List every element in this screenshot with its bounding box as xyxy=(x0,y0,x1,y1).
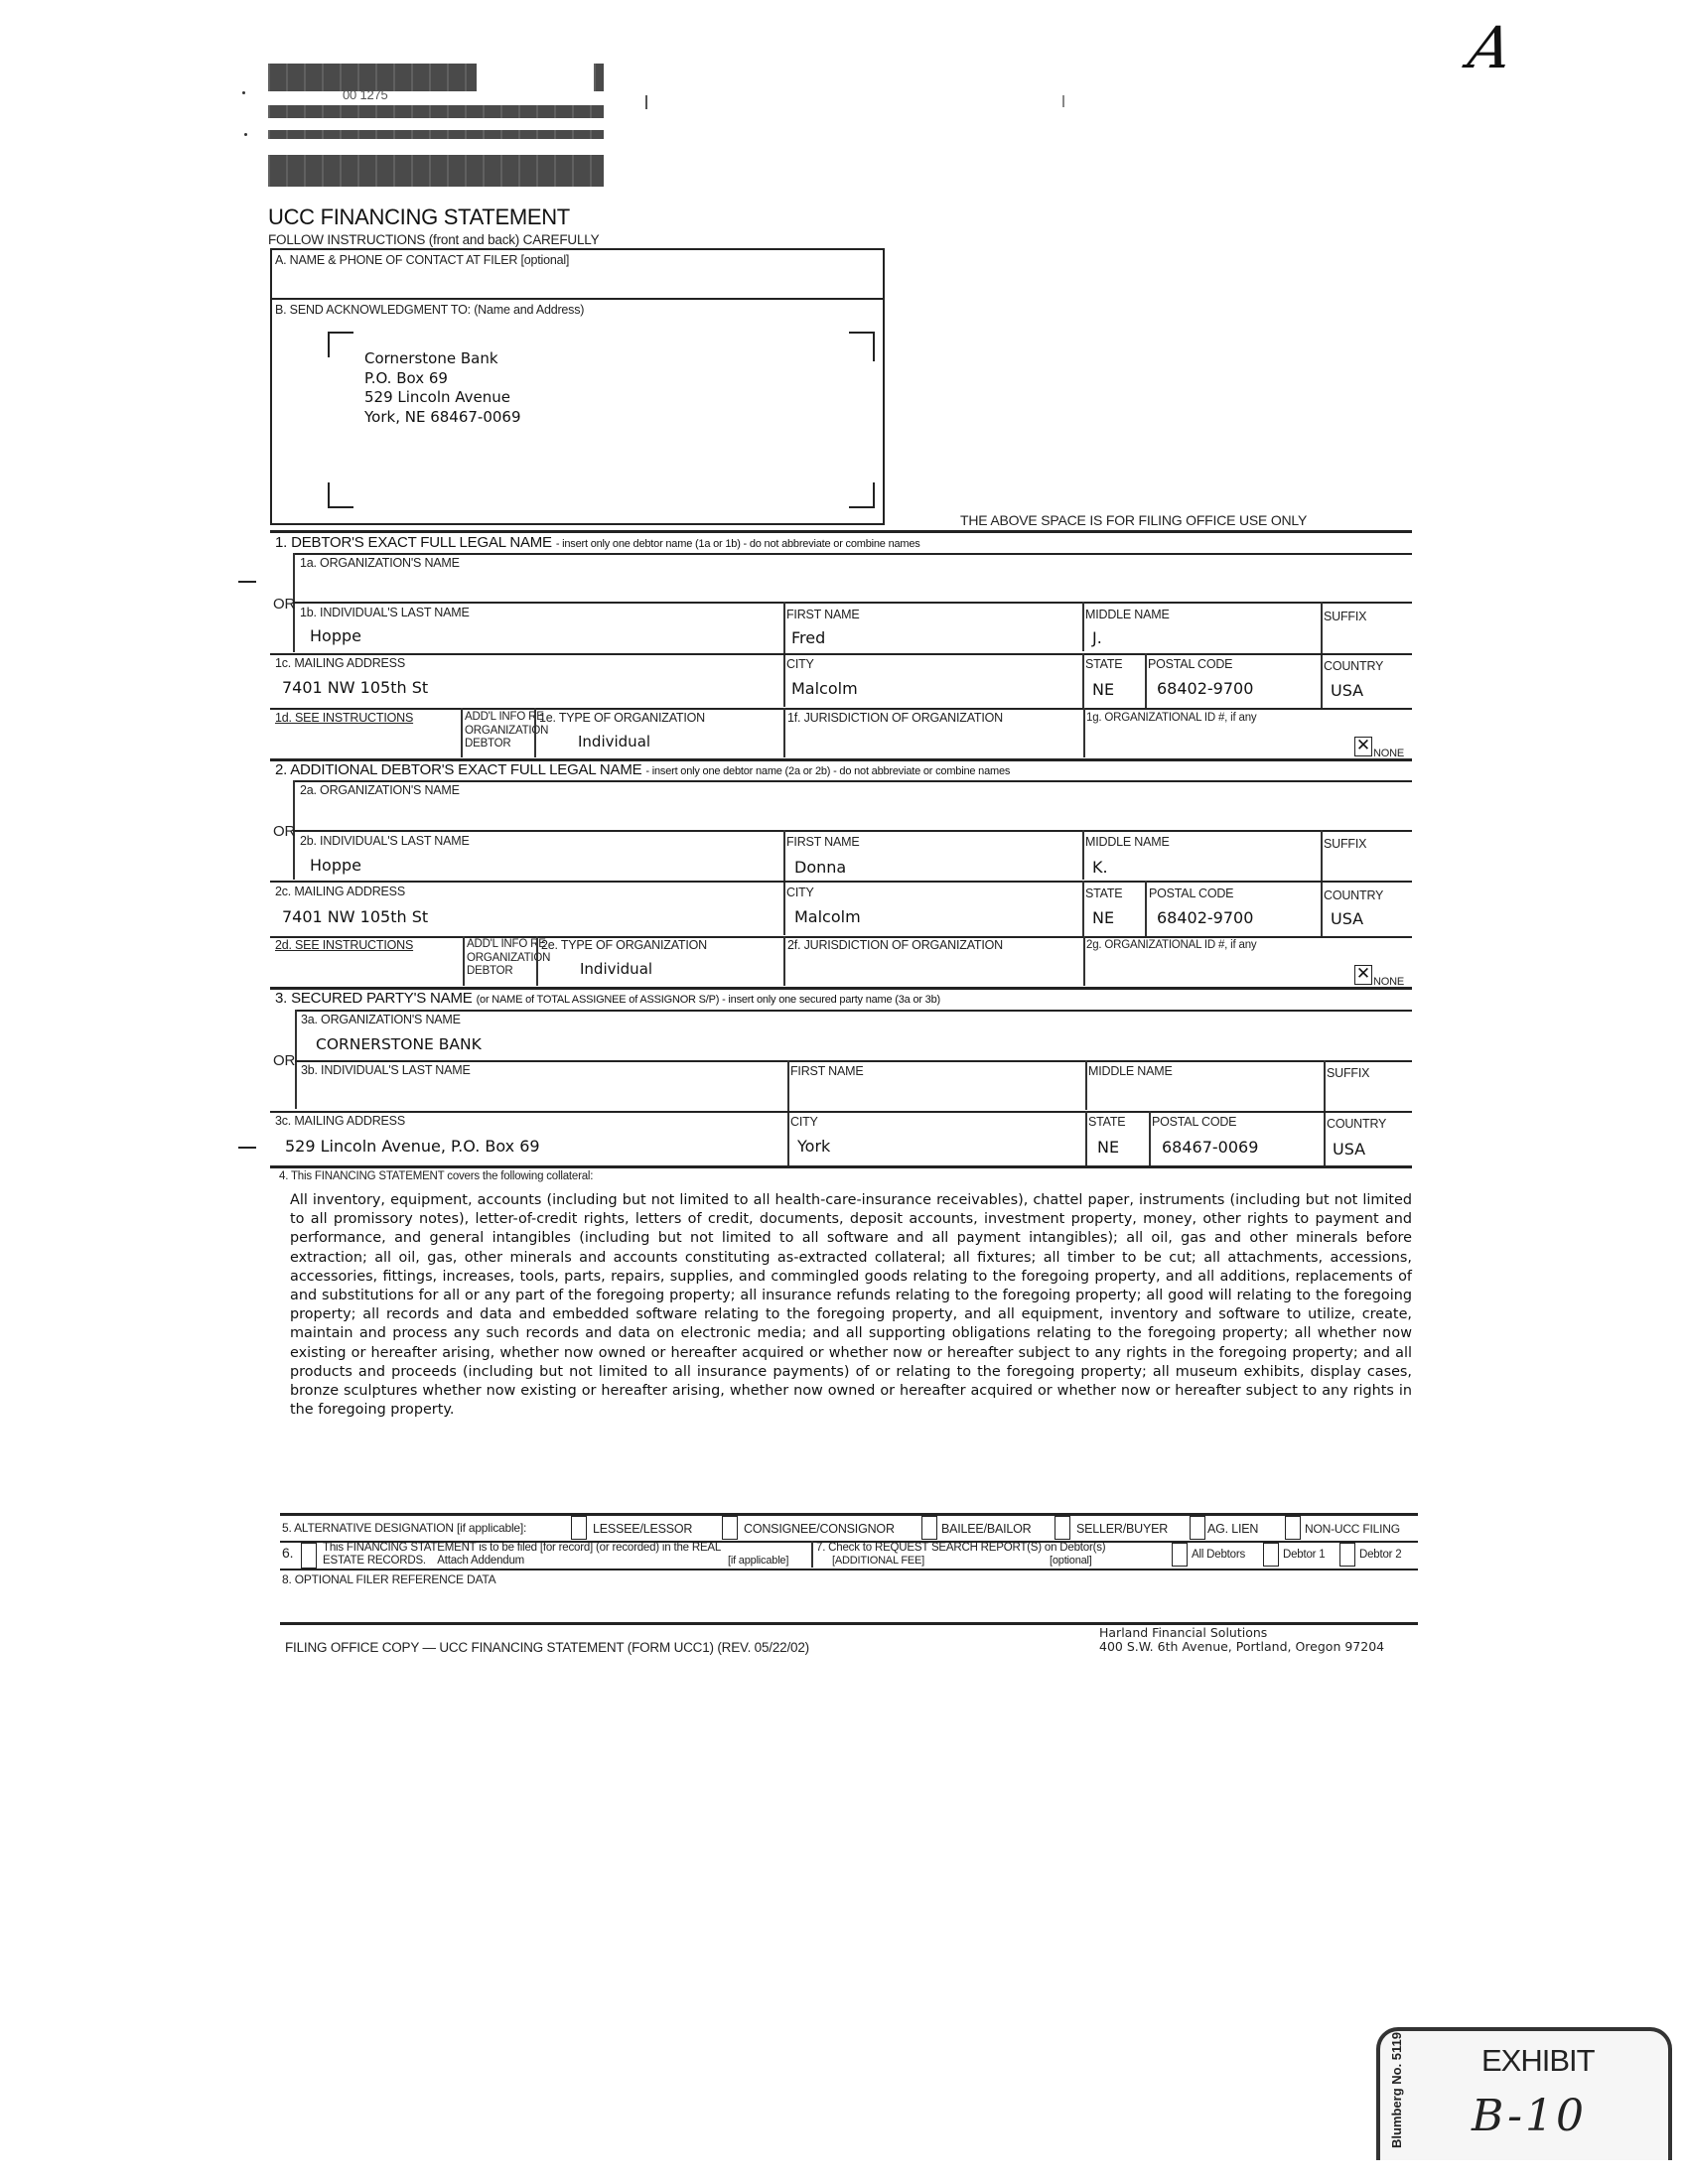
secured-party-org-name-label: 3a. ORGANIZATION'S NAME xyxy=(301,1013,461,1026)
search-report-line1: 7. Check to REQUEST SEARCH REPORT(S) on … xyxy=(816,1542,1105,1554)
secured-party-city-label: CITY xyxy=(790,1115,818,1129)
secured-party-postal-label: POSTAL CODE xyxy=(1152,1115,1236,1129)
secured-party-country-label: COUNTRY xyxy=(1327,1117,1386,1131)
filing-office-note: THE ABOVE SPACE IS FOR FILING OFFICE USE… xyxy=(960,512,1307,528)
address-corner-mark xyxy=(328,482,353,508)
publisher-name: Harland Financial Solutions xyxy=(1099,1626,1384,1640)
search-report-line2: [ADDITIONAL FEE] xyxy=(832,1555,924,1567)
form-title: UCC FINANCING STATEMENT xyxy=(268,205,570,230)
debtor1-country-label: COUNTRY xyxy=(1324,659,1383,673)
filer-reference-label: 8. OPTIONAL FILER REFERENCE DATA xyxy=(282,1572,495,1586)
secured-party-middle-name-label: MIDDLE NAME xyxy=(1088,1064,1173,1078)
address-line: York, NE 68467-0069 xyxy=(364,408,521,428)
debtor2-jurisdiction-field[interactable] xyxy=(791,960,1069,978)
divider xyxy=(1085,1060,1087,1110)
divider xyxy=(1321,830,1323,937)
divider xyxy=(1145,653,1147,709)
divider xyxy=(270,298,883,300)
alt-designation-checkbox-ag-lien[interactable] xyxy=(1190,1516,1205,1540)
secured-party-postal-field[interactable]: 68467-0069 xyxy=(1162,1138,1258,1157)
secured-party-suffix-label: SUFFIX xyxy=(1327,1066,1369,1080)
debtor1-see-instructions-link[interactable]: 1d. SEE INSTRUCTIONS xyxy=(275,711,413,725)
collateral-description: All inventory, equipment, accounts (incl… xyxy=(290,1191,1412,1420)
divider xyxy=(1082,653,1084,709)
search-report-option: Debtor 1 xyxy=(1283,1549,1326,1561)
debtor1-city-field[interactable]: Malcolm xyxy=(791,679,858,698)
divider xyxy=(295,1010,1412,1012)
address-line: Cornerstone Bank xyxy=(364,349,521,369)
divider xyxy=(783,708,785,757)
divider xyxy=(270,881,1412,883)
search-report-option: Debtor 2 xyxy=(1359,1549,1402,1561)
debtor2-heading-note: - insert only one debtor name (2a or 2b)… xyxy=(645,765,1010,777)
addl-info-line: DEBTOR xyxy=(467,965,550,979)
collateral-label: 4. This FINANCING STATEMENT covers the f… xyxy=(279,1170,593,1182)
exhibit-sticker: Blumberg No. 5119 EXHIBIT B-10 xyxy=(1376,2027,1672,2160)
alt-designation-checkbox-seller-buyer[interactable] xyxy=(1055,1516,1070,1540)
divider xyxy=(1082,602,1084,651)
debtor1-org-id-none-checkbox[interactable]: ✕ xyxy=(1354,737,1372,756)
section-b-label: B. SEND ACKNOWLEDGMENT TO: (Name and Add… xyxy=(275,303,584,317)
debtor2-state-label: STATE xyxy=(1085,887,1122,900)
debtor2-state-field[interactable]: NE xyxy=(1092,908,1114,927)
divider xyxy=(536,936,538,986)
redacted-header-bar xyxy=(268,155,604,187)
alt-designation-option: AG. LIEN xyxy=(1207,1522,1258,1536)
debtor1-city-label: CITY xyxy=(786,657,814,671)
secured-party-country-field[interactable]: USA xyxy=(1333,1140,1365,1159)
address-corner-mark xyxy=(328,332,353,357)
debtor2-first-name-label: FIRST NAME xyxy=(786,835,859,849)
alt-designation-checkbox-lessee-lessor[interactable] xyxy=(571,1516,587,1540)
debtor2-city-label: CITY xyxy=(786,886,814,899)
divider xyxy=(1083,708,1085,757)
divider xyxy=(1083,936,1085,986)
debtor2-or-label: OR xyxy=(273,823,295,840)
debtor1-postal-label: POSTAL CODE xyxy=(1148,657,1232,671)
debtor2-org-id-label: 2g. ORGANIZATIONAL ID #, if any xyxy=(1086,939,1256,951)
alt-designation-checkbox-non-ucc-filing[interactable] xyxy=(1285,1516,1301,1540)
addl-info-line: DEBTOR xyxy=(465,738,548,751)
divider xyxy=(295,1010,297,1109)
divider xyxy=(1085,1111,1087,1166)
acknowledgment-address: Cornerstone Bank P.O. Box 69 529 Lincoln… xyxy=(364,349,521,427)
divider xyxy=(270,653,1412,655)
secured-party-last-name-label: 3b. INDIVIDUAL'S LAST NAME xyxy=(301,1063,471,1077)
debtor1-heading: 1. DEBTOR'S EXACT FULL LEGAL NAME - inse… xyxy=(275,534,920,551)
divider xyxy=(1321,602,1323,709)
alt-designation-checkbox-bailee-bailor[interactable] xyxy=(921,1516,937,1540)
scan-speck xyxy=(1062,95,1064,107)
alt-designation-option: BAILEE/BAILOR xyxy=(941,1522,1032,1536)
debtor2-middle-name-label: MIDDLE NAME xyxy=(1085,835,1170,849)
address-line: P.O. Box 69 xyxy=(364,369,521,389)
debtor1-postal-field[interactable]: 68402-9700 xyxy=(1157,679,1253,698)
search-report-checkbox-debtor-1[interactable] xyxy=(1263,1543,1279,1567)
debtor1-or-label: OR xyxy=(273,596,295,613)
debtor1-middle-name-field[interactable]: J. xyxy=(1092,628,1102,647)
debtor2-org-name-field[interactable] xyxy=(310,801,1402,821)
debtor2-suffix-label: SUFFIX xyxy=(1324,837,1366,851)
debtor1-last-name-label: 1b. INDIVIDUAL'S LAST NAME xyxy=(300,606,470,619)
alt-designation-option: NON-UCC FILING xyxy=(1305,1522,1400,1536)
scan-speck xyxy=(244,133,247,136)
alt-designation-option: CONSIGNEE/CONSIGNOR xyxy=(744,1522,895,1536)
debtor2-heading: 2. ADDITIONAL DEBTOR'S EXACT FULL LEGAL … xyxy=(275,761,1010,778)
debtor2-last-name-field[interactable]: Hoppe xyxy=(310,856,361,875)
debtor2-org-name-label: 2a. ORGANIZATION'S NAME xyxy=(300,783,460,797)
debtor1-suffix-label: SUFFIX xyxy=(1324,610,1366,623)
divider xyxy=(1082,830,1084,880)
divider xyxy=(461,708,463,757)
real-estate-checkbox[interactable] xyxy=(301,1543,317,1569)
debtor1-suffix-field[interactable] xyxy=(1327,628,1406,646)
debtor2-mailing-address-label: 2c. MAILING ADDRESS xyxy=(275,885,405,898)
search-report-option: All Debtors xyxy=(1192,1549,1245,1561)
divider xyxy=(270,708,1412,710)
debtor2-jurisdiction-label: 2f. JURISDICTION OF ORGANIZATION xyxy=(787,938,1003,952)
debtor2-heading-text: 2. ADDITIONAL DEBTOR'S EXACT FULL LEGAL … xyxy=(275,761,641,778)
address-line: 529 Lincoln Avenue xyxy=(364,388,521,408)
debtor1-country-field[interactable]: USA xyxy=(1331,681,1363,700)
search-report-optional: [optional] xyxy=(1050,1555,1092,1567)
secured-party-state-field[interactable]: NE xyxy=(1097,1138,1119,1157)
debtor2-postal-field[interactable]: 68402-9700 xyxy=(1157,908,1253,927)
search-report-checkbox-all-debtors[interactable] xyxy=(1172,1543,1188,1567)
margin-mark xyxy=(238,1147,256,1149)
debtor2-middle-name-field[interactable]: K. xyxy=(1092,858,1108,877)
addl-info-line: ADD'L INFO RE xyxy=(465,711,548,725)
debtor1-heading-note: - insert only one debtor name (1a or 1b)… xyxy=(556,538,920,550)
exhibit-vendor: Blumberg No. 5119 xyxy=(1389,2032,1404,2148)
debtor1-state-label: STATE xyxy=(1085,657,1122,671)
secured-party-city-field[interactable]: York xyxy=(797,1137,830,1156)
scan-speck xyxy=(242,91,245,94)
secured-party-or-label: OR xyxy=(273,1052,295,1069)
secured-party-heading-note: (or NAME of TOTAL ASSIGNEE of ASSIGNOR S… xyxy=(477,994,940,1006)
debtor2-country-label: COUNTRY xyxy=(1324,888,1383,902)
debtor1-first-name-label: FIRST NAME xyxy=(786,608,859,621)
redacted-header-bar xyxy=(594,64,604,91)
secured-party-first-name-field[interactable] xyxy=(794,1084,1072,1102)
real-estate-number: 6. xyxy=(282,1545,293,1561)
footer-copy-label: FILING OFFICE COPY — UCC FINANCING STATE… xyxy=(285,1640,809,1655)
debtor1-jurisdiction-field[interactable] xyxy=(791,733,1069,751)
divider xyxy=(293,553,1412,555)
redacted-header-bar xyxy=(268,105,604,118)
debtor1-jurisdiction-label: 1f. JURISDICTION OF ORGANIZATION xyxy=(787,711,1003,725)
debtor2-suffix-field[interactable] xyxy=(1327,858,1406,876)
search-report-checkbox-debtor-2[interactable] xyxy=(1339,1543,1355,1567)
alt-designation-option: LESSEE/LESSOR xyxy=(593,1522,692,1536)
divider xyxy=(783,830,785,935)
filer-reference-field[interactable] xyxy=(288,1590,1400,1618)
alt-designation-option: SELLER/BUYER xyxy=(1076,1522,1168,1536)
secured-party-first-name-label: FIRST NAME xyxy=(790,1064,863,1078)
real-estate-line1: This FINANCING STATEMENT is to be filed … xyxy=(323,1542,721,1554)
address-corner-mark xyxy=(849,482,875,508)
divider xyxy=(1324,1060,1326,1167)
secured-party-heading-text: 3. SECURED PARTY'S NAME xyxy=(275,990,473,1007)
divider xyxy=(463,936,465,986)
debtor1-middle-name-label: MIDDLE NAME xyxy=(1085,608,1170,621)
debtor1-mailing-address-field[interactable]: 7401 NW 105th St xyxy=(282,678,428,697)
divider xyxy=(295,1060,1412,1062)
debtor1-org-type-label: 1e. TYPE OF ORGANIZATION xyxy=(539,711,705,725)
divider xyxy=(1145,881,1147,936)
debtor2-postal-label: POSTAL CODE xyxy=(1149,887,1233,900)
redacted-header-bar xyxy=(268,130,604,139)
debtor1-org-name-label: 1a. ORGANIZATION'S NAME xyxy=(300,556,460,570)
divider xyxy=(270,530,1412,533)
divider xyxy=(787,1060,789,1165)
debtor2-first-name-field[interactable]: Donna xyxy=(794,858,846,877)
debtor1-mailing-address-label: 1c. MAILING ADDRESS xyxy=(275,656,405,670)
debtor2-org-type-field[interactable]: Individual xyxy=(580,960,652,978)
secured-party-suffix-field[interactable] xyxy=(1329,1086,1408,1104)
real-estate-line2: ESTATE RECORDS. Attach Addendum xyxy=(323,1555,524,1567)
debtor2-org-type-label: 2e. TYPE OF ORGANIZATION xyxy=(541,938,707,952)
divider xyxy=(1082,881,1084,936)
debtor1-first-name-field[interactable]: Fred xyxy=(791,628,825,647)
secured-party-heading: 3. SECURED PARTY'S NAME (or NAME of TOTA… xyxy=(275,990,940,1007)
divider xyxy=(280,1569,1418,1570)
debtor1-state-field[interactable]: NE xyxy=(1092,680,1114,699)
debtor2-org-id-none-checkbox[interactable]: ✕ xyxy=(1354,965,1372,985)
publisher-address: 400 S.W. 6th Avenue, Portland, Oregon 97… xyxy=(1099,1640,1384,1654)
scan-speck xyxy=(645,95,647,109)
divider xyxy=(270,1165,1412,1168)
addl-info-line: ADD'L INFO RE xyxy=(467,938,550,952)
section-a-label: A. NAME & PHONE OF CONTACT AT FILER [opt… xyxy=(275,253,569,267)
secured-party-middle-name-field[interactable] xyxy=(1092,1084,1311,1102)
exhibit-number: B-10 xyxy=(1472,2091,1587,2141)
secured-party-mailing-address-label: 3c. MAILING ADDRESS xyxy=(275,1114,405,1128)
debtor2-addl-info-label: ADD'L INFO RE ORGANIZATION DEBTOR xyxy=(467,938,550,979)
divider xyxy=(270,1111,1412,1113)
redacted-header-fragment: 00 1275 xyxy=(343,87,388,102)
divider xyxy=(293,830,1412,832)
debtor1-heading-text: 1. DEBTOR'S EXACT FULL LEGAL NAME xyxy=(275,534,552,551)
address-corner-mark xyxy=(849,332,875,361)
divider xyxy=(280,1513,1418,1516)
secured-party-state-label: STATE xyxy=(1088,1115,1125,1129)
secured-party-org-name-field[interactable]: CORNERSTONE BANK xyxy=(316,1035,482,1053)
debtor1-org-id-label: 1g. ORGANIZATIONAL ID #, if any xyxy=(1086,712,1256,724)
alt-designation-label: 5. ALTERNATIVE DESIGNATION [if applicabl… xyxy=(282,1521,526,1535)
addl-info-line: ORGANIZATION xyxy=(465,725,548,739)
alt-designation-checkbox-consignee-consignor[interactable] xyxy=(722,1516,738,1540)
debtor1-addl-info-label: ADD'L INFO RE ORGANIZATION DEBTOR xyxy=(465,711,548,751)
exhibit-title: EXHIBIT xyxy=(1481,2043,1595,2079)
divider xyxy=(811,1541,813,1568)
divider xyxy=(783,936,785,986)
debtor2-mailing-address-field[interactable]: 7401 NW 105th St xyxy=(282,907,428,926)
debtor2-see-instructions-link[interactable]: 2d. SEE INSTRUCTIONS xyxy=(275,938,413,952)
form-subtitle: FOLLOW INSTRUCTIONS (front and back) CAR… xyxy=(268,232,599,247)
addl-info-line: ORGANIZATION xyxy=(467,952,550,966)
real-estate-if-applicable: [if applicable] xyxy=(728,1555,788,1567)
section-a-field[interactable] xyxy=(272,270,880,296)
margin-mark xyxy=(238,581,256,583)
divider xyxy=(293,780,1412,782)
secured-party-last-name-field[interactable] xyxy=(316,1084,773,1102)
handwritten-mark: A xyxy=(1464,14,1517,81)
debtor2-city-field[interactable]: Malcolm xyxy=(794,907,861,926)
debtor2-country-field[interactable]: USA xyxy=(1331,909,1363,928)
debtor1-org-type-field[interactable]: Individual xyxy=(578,733,650,751)
divider xyxy=(1149,1111,1151,1166)
divider xyxy=(293,602,1412,604)
divider xyxy=(534,708,536,757)
footer-publisher: Harland Financial Solutions 400 S.W. 6th… xyxy=(1099,1626,1384,1654)
debtor2-last-name-label: 2b. INDIVIDUAL'S LAST NAME xyxy=(300,834,470,848)
secured-party-mailing-address-field[interactable]: 529 Lincoln Avenue, P.O. Box 69 xyxy=(285,1137,540,1156)
debtor1-last-name-field[interactable]: Hoppe xyxy=(310,626,361,645)
debtor1-org-name-field[interactable] xyxy=(310,574,1402,594)
